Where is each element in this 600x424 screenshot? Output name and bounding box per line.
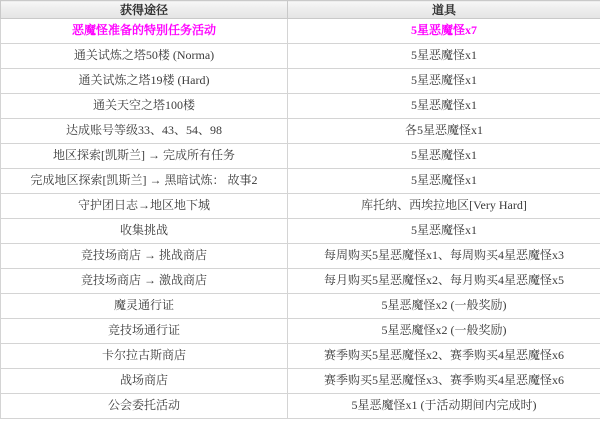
table-row: 魔灵通行证5星恶魔怪x2 (一般奖励) [1,294,600,319]
table-row: 通关天空之塔100楼5星恶魔怪x1 [1,94,600,119]
table-row: 竞技场商店 → 挑战商店每周购买5星恶魔怪x1、每周购买4星恶魔怪x3 [1,244,600,269]
method-cell: 竞技场商店 → 激战商店 [1,269,288,294]
table-row: 卡尔拉古斯商店赛季购买5星恶魔怪x2、赛季购买4星恶魔怪x6 [1,344,600,369]
item-cell[interactable]: 5星恶魔怪x7 [288,19,600,44]
devilmon-acquisition-table: 获得途径 道具 恶魔怪准备的特别任务活动5星恶魔怪x7通关试炼之塔50楼 (No… [0,0,600,419]
method-cell: 守护团日志→地区地下城 [1,194,288,219]
method-cell: 通关试炼之塔50楼 (Norma) [1,44,288,69]
table-row: 通关试炼之塔50楼 (Norma)5星恶魔怪x1 [1,44,600,69]
method-cell: 卡尔拉古斯商店 [1,344,288,369]
item-cell: 每月购买5星恶魔怪x2、每月购买4星恶魔怪x5 [288,269,600,294]
table-row: 竞技场商店 → 激战商店每月购买5星恶魔怪x2、每月购买4星恶魔怪x5 [1,269,600,294]
header-method: 获得途径 [1,1,288,19]
table-row: 恶魔怪准备的特别任务活动5星恶魔怪x7 [1,19,600,44]
item-cell: 5星恶魔怪x1 [288,94,600,119]
table-row: 守护团日志→地区地下城库托纳、西埃拉地区[Very Hard] [1,194,600,219]
item-cell: 每周购买5星恶魔怪x1、每周购买4星恶魔怪x3 [288,244,600,269]
item-cell: 5星恶魔怪x2 (一般奖励) [288,319,600,344]
method-cell: 达成账号等级33、43、54、98 [1,119,288,144]
table-row: 通关试炼之塔19楼 (Hard)5星恶魔怪x1 [1,69,600,94]
item-cell: 赛季购买5星恶魔怪x2、赛季购买4星恶魔怪x6 [288,344,600,369]
method-cell: 地区探索[凯斯兰] → 完成所有任务 [1,144,288,169]
item-cell: 5星恶魔怪x1 [288,69,600,94]
table-row: 达成账号等级33、43、54、98各5星恶魔怪x1 [1,119,600,144]
table-row: 收集挑战5星恶魔怪x1 [1,219,600,244]
item-cell: 5星恶魔怪x2 (一般奖励) [288,294,600,319]
item-cell: 赛季购买5星恶魔怪x3、赛季购买4星恶魔怪x6 [288,369,600,394]
item-cell: 5星恶魔怪x1 [288,144,600,169]
table-row: 公会委托活动5星恶魔怪x1 (于活动期间内完成时) [1,394,600,419]
item-cell: 各5星恶魔怪x1 [288,119,600,144]
method-cell: 公会委托活动 [1,394,288,419]
method-cell: 通关试炼之塔19楼 (Hard) [1,69,288,94]
item-cell: 库托纳、西埃拉地区[Very Hard] [288,194,600,219]
table-row: 完成地区探索[凯斯兰] → 黑暗试炼： 故事25星恶魔怪x1 [1,169,600,194]
item-cell: 5星恶魔怪x1 [288,219,600,244]
table-row: 地区探索[凯斯兰] → 完成所有任务5星恶魔怪x1 [1,144,600,169]
header-item: 道具 [288,1,600,19]
method-cell: 竞技场通行证 [1,319,288,344]
method-cell[interactable]: 恶魔怪准备的特别任务活动 [1,19,288,44]
item-cell: 5星恶魔怪x1 [288,169,600,194]
method-cell: 完成地区探索[凯斯兰] → 黑暗试炼： 故事2 [1,169,288,194]
table-row: 竞技场通行证5星恶魔怪x2 (一般奖励) [1,319,600,344]
method-cell: 魔灵通行证 [1,294,288,319]
item-cell: 5星恶魔怪x1 (于活动期间内完成时) [288,394,600,419]
method-cell: 收集挑战 [1,219,288,244]
method-cell: 战场商店 [1,369,288,394]
table-body: 恶魔怪准备的特别任务活动5星恶魔怪x7通关试炼之塔50楼 (Norma)5星恶魔… [1,19,600,419]
item-cell: 5星恶魔怪x1 [288,44,600,69]
method-cell: 竞技场商店 → 挑战商店 [1,244,288,269]
header-row: 获得途径 道具 [1,1,600,19]
method-cell: 通关天空之塔100楼 [1,94,288,119]
table-row: 战场商店赛季购买5星恶魔怪x3、赛季购买4星恶魔怪x6 [1,369,600,394]
